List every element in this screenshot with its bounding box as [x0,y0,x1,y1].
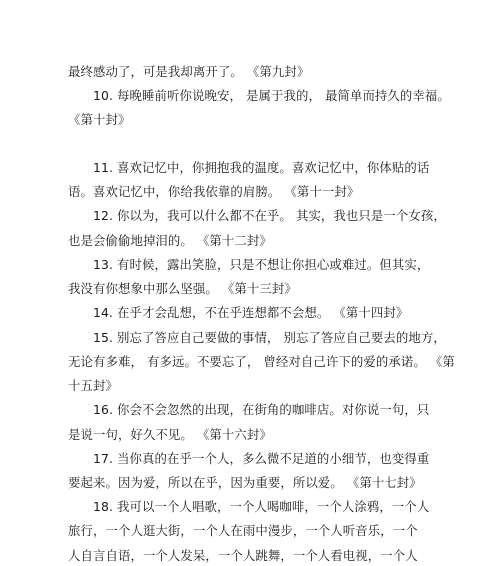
text-line-item-11-cont: 语。喜欢记忆中，你给我依靠的肩膀。 《第十一封》 [68,184,359,200]
text-line-item-17-cont: 要起来。因为爱，所以在乎，因为重要，所以爱。 《第十七封》 [68,475,422,491]
text-line-item-18: 18. 我可以一个人唱歌，一个人喝咖啡，一个人涂鸦，一个人 [93,499,429,515]
text-line-item-12: 12. 你以为，我可以什么都不在乎。 其实，我也只是一个女孩， [93,208,446,224]
text-line-item-10: 10. 每晚睡前听你说晚安， 是属于我的， 最简单而持久的幸福。 [93,88,450,104]
text-line-letter-9-end: 最终感动了，可是我却离开了。 《第九封》 [68,64,309,80]
text-line-item-15-cont2: 十五封》 [68,378,118,394]
text-line-letter-10-title: 《第十封》 [68,112,130,128]
text-line-item-11: 11. 喜欢记忆中，你拥抱我的温度。喜欢记忆中，你体贴的话 [93,160,429,176]
text-line-item-15-cont: 无论有多难， 有多远。不要忘了， 曾经对自己许下的爱的承诺。 《第 [68,354,455,370]
text-line-item-18-cont: 旅行，一个人逛大街，一个人在雨中漫步，一个人听音乐，一个 [68,523,418,539]
text-line-item-14: 14. 在乎才会乱想，不在乎连想都不会想。 《第十四封》 [93,305,408,321]
text-line-item-17: 17. 当你真的在乎一个人，多么微不足道的小细节，也变得重 [93,451,429,467]
text-line-item-16-cont: 是说一句，好久不见。 《第十六封》 [68,427,272,443]
text-line-item-13: 13. 有时候，露出笑脸，只是不想让你担心或难过。但其实， [93,257,429,273]
text-line-item-16: 16. 你会不会忽然的出现，在街角的咖啡店。对你说一句，只 [93,402,429,418]
text-line-item-18-cont2: 人自言自语，一个人发呆，一个人跳舞，一个人看电视，一个人 [68,548,418,564]
document-page: 最终感动了，可是我却离开了。 《第九封》 10. 每晚睡前听你说晚安， 是属于我… [0,0,500,566]
text-line-item-12-cont: 也是会偷偷地掉泪的。 《第十二封》 [68,233,272,249]
text-line-item-13-cont: 我没有你想象中那么坚强。 《第十三封》 [68,281,297,297]
text-line-item-15: 15. 别忘了答应自己要做的事情， 别忘了答应自己要去的地方， [93,330,446,346]
